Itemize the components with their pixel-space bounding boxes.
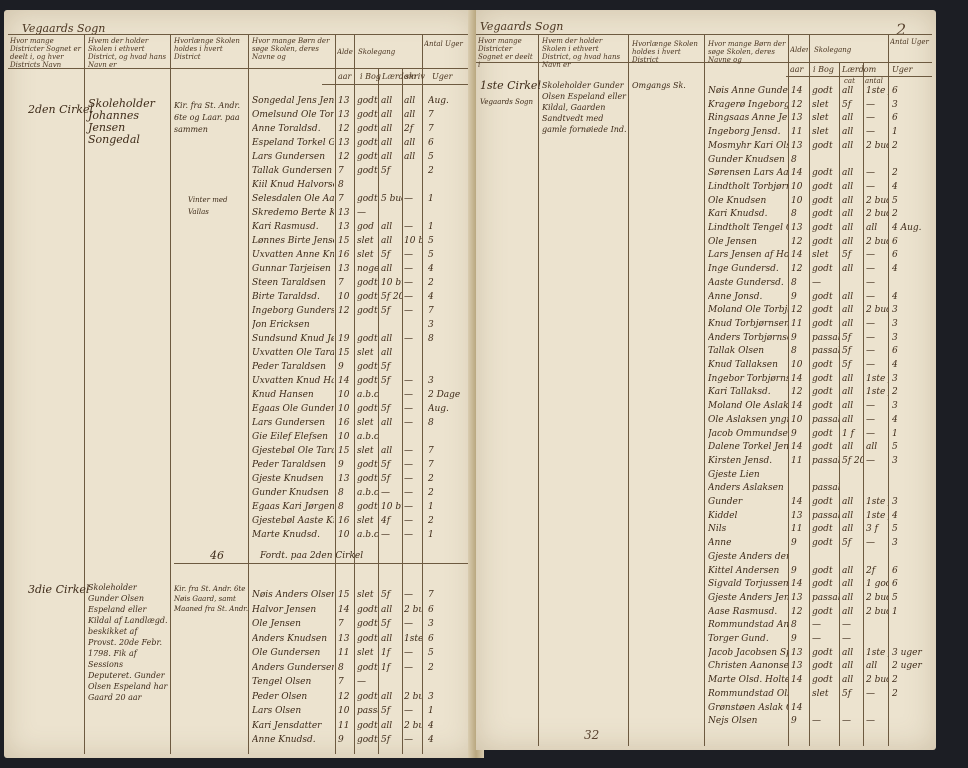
weeks-attended: 4 <box>892 264 932 274</box>
writing-grade: — <box>404 502 422 512</box>
pupil-name: Tallak Gundersen <box>252 166 334 176</box>
pupil-name: Lars Olsen <box>252 706 334 716</box>
pupil-age: 13 <box>338 474 354 484</box>
table-row: Mosmyhr Kari Olsd.13godtall2 bud2 <box>476 141 946 155</box>
pupil-age: 12 <box>791 264 809 274</box>
subheader-age: aar <box>790 65 803 74</box>
reading-grade: godt <box>357 278 378 288</box>
subheader-age: aar <box>338 72 351 81</box>
learning-grade: 5f <box>842 360 863 370</box>
table-row: Torger Gund.9—— <box>476 634 946 648</box>
reading-grade: godt <box>357 502 378 512</box>
pupil-age: 12 <box>791 387 809 397</box>
pupil-name: Nøis Anne Gundersd. <box>708 86 788 96</box>
pupil-name: Kiddel <box>708 511 788 521</box>
learning-grade: all <box>381 264 402 274</box>
weeks-attended: 6 <box>892 237 932 247</box>
weeks-attended: 3 <box>892 538 932 548</box>
writing-grade: — <box>866 182 888 192</box>
pupil-age: 14 <box>791 675 809 685</box>
writing-grade: all <box>404 152 422 162</box>
reading-grade: godt <box>812 360 839 370</box>
table-row: Anders Aslaksenpassabel <box>476 483 946 497</box>
pupil-name: Marte Knudsd. <box>252 530 334 540</box>
table-row: Omelsund Ole Toraldsen13godtallall7 <box>4 110 474 124</box>
pupil-name: Tallak Olsen <box>708 346 788 356</box>
weeks-attended: 4 <box>892 360 932 370</box>
writing-grade: all <box>404 96 422 106</box>
table-row: Lindtholt Tengel Gundersen13godtallall4 … <box>476 223 946 237</box>
weeks-attended: 6 <box>892 86 932 96</box>
reading-grade: slet <box>812 689 839 699</box>
reading-grade: godt <box>812 429 839 439</box>
weeks-attended: 7 <box>428 124 468 134</box>
writing-grade: — <box>404 222 422 232</box>
reading-grade: godt <box>812 497 839 507</box>
weeks-attended: 6 <box>428 138 468 148</box>
weeks-attended: 6 <box>892 566 932 576</box>
pupil-age: 14 <box>791 401 809 411</box>
pupil-name: Kiil Knud Halvorsen <box>252 180 334 190</box>
header-pupils: Hvor mange Børn der søge Skolen, deres N… <box>252 37 334 61</box>
pupil-age: 13 <box>338 138 354 148</box>
reading-grade: slet <box>812 100 839 110</box>
table-row: Lønnes Birte Jensd.15sletall10 bud5 <box>4 236 474 250</box>
header-weeks: Antal Uger <box>424 40 470 48</box>
learning-grade: 5f <box>381 376 402 386</box>
pupil-name: Mosmyhr Kari Olsd. <box>708 141 788 151</box>
table-row: Uxvatten Anne Knudsd.16slet5f—5 <box>4 250 474 264</box>
pupil-name: Anne <box>708 538 788 548</box>
table-row: Lindtholt Torbjørn Olsen10godtall—4 <box>476 182 946 196</box>
table-row: Kiddel13passabelall1ste f4 <box>476 511 946 525</box>
pupil-age: 8 <box>791 209 809 219</box>
table-row: Marte Olsd. Holtenberg14godtall2 bud2 <box>476 675 946 689</box>
weeks-attended: 6 <box>892 113 932 123</box>
weeks-attended: 7 <box>428 590 468 600</box>
table-row: Knud Tallaksen10godt5f—4 <box>476 360 946 374</box>
pupil-age: 9 <box>791 429 809 439</box>
pupil-name: Anders Knudsen <box>252 634 334 644</box>
writing-grade: — <box>404 334 422 344</box>
weeks-attended: 8 <box>428 418 468 428</box>
reading-grade: godt <box>357 404 378 414</box>
weeks-attended: 6 <box>892 579 932 589</box>
pupil-age: 14 <box>791 579 809 589</box>
pupil-age: 8 <box>791 620 809 630</box>
table-row: Kari Knudsd.8godtall2 bud2 <box>476 209 946 223</box>
pupil-age: 14 <box>791 374 809 384</box>
table-row: Egaas Ole Gundersen10godt5f—Aug. <box>4 404 474 418</box>
weeks-attended: 2 <box>892 675 932 685</box>
pupil-name: Birte Taraldsd. <box>252 292 334 302</box>
pupil-name: Kari Tallaksd. <box>708 387 788 397</box>
weeks-attended: 7 <box>428 446 468 456</box>
weeks-attended: 4 <box>428 292 468 302</box>
table-row: Kari Tallaksd.12godtall1ste f2 <box>476 387 946 401</box>
reading-grade: passabel <box>812 511 839 521</box>
table-row: Gjeste Anders Jensen13passabelall2 bud5 <box>476 593 946 607</box>
learning-grade: all <box>842 675 863 685</box>
reading-grade: godt <box>357 474 378 484</box>
weeks-attended: 5 <box>892 196 932 206</box>
left-ledger-page: Vegaards Sogn Hvor mange Districter Sogn… <box>4 10 476 758</box>
pupil-name: Selesdalen Ole Aanonsen <box>252 194 334 204</box>
pupil-name: Christen Aanonsen Strand <box>708 661 788 671</box>
learning-grade: all <box>842 524 863 534</box>
writing-grade: all <box>404 110 422 120</box>
learning-grade: all <box>842 661 863 671</box>
weeks-attended: 6 <box>428 605 468 615</box>
pupil-age: 19 <box>338 334 354 344</box>
pupil-name: Torger Gund. <box>708 634 788 644</box>
pupil-name: Moland Ole Aslaksen <box>708 401 788 411</box>
reading-grade: godt <box>812 579 839 589</box>
reading-grade: godt <box>357 721 378 731</box>
reading-grade: passabel <box>812 483 839 493</box>
pupil-age: 13 <box>791 113 809 123</box>
reading-grade: slet <box>812 113 839 123</box>
reading-grade: slet <box>357 446 378 456</box>
learning-grade: 5f <box>842 100 863 110</box>
reading-grade: godt <box>812 264 839 274</box>
learning-grade: 5f <box>842 250 863 260</box>
table-row: Lars Olsen10passabel5f—1 <box>4 706 474 720</box>
pupil-name: Kari Rasmusd. <box>252 222 334 232</box>
reading-grade: slet <box>812 127 839 137</box>
pupil-age: 11 <box>791 319 809 329</box>
writing-grade: — <box>866 278 888 288</box>
learning-grade: all <box>842 237 863 247</box>
pupil-age: 9 <box>791 634 809 644</box>
table-row: Sigvald Torjussen14godtall1 god6 <box>476 579 946 593</box>
pupil-age: 11 <box>791 127 809 137</box>
learning-grade: 5f <box>381 735 402 745</box>
writing-grade: — <box>404 619 422 629</box>
table-row: Anders Torbjørnsen9passabel5f—3 <box>476 333 946 347</box>
pupil-name: Egaas Ole Gundersen <box>252 404 334 414</box>
weeks-attended: 3 <box>892 319 932 329</box>
table-row: Songedal Jens Jensen13godtallallAug. <box>4 96 474 110</box>
pupil-age: 15 <box>338 236 354 246</box>
learning-grade: 5 bud <box>381 194 402 204</box>
pupil-name: Peder Taraldsen <box>252 460 334 470</box>
reading-grade: godt <box>357 194 378 204</box>
table-row: Dalene Torkel Jensen14godtallall5 <box>476 442 946 456</box>
right-page-title: Vegaards Sogn <box>480 20 563 33</box>
weeks-attended: 1 <box>428 194 468 204</box>
reading-grade: godt <box>812 209 839 219</box>
writing-grade: — <box>404 648 422 658</box>
writing-grade: — <box>404 706 422 716</box>
table-row: Ole Knudsen10godtall2 bud5 <box>476 196 946 210</box>
weeks-attended: 2 <box>892 689 932 699</box>
writing-grade: — <box>866 100 888 110</box>
header-top-rule <box>8 34 470 35</box>
weeks-attended: Aug. <box>428 96 468 106</box>
table-row: Peder Taraldsen9godt5f—7 <box>4 460 474 474</box>
folio-number: 32 <box>584 728 599 742</box>
pupil-name: Jon Ericksen <box>252 320 334 330</box>
header-schooling: Skolegang <box>358 48 418 56</box>
learning-grade: all <box>842 127 863 137</box>
table-row: Anne9godt5f—3 <box>476 538 946 552</box>
weeks-attended: 2 <box>428 516 468 526</box>
reading-grade: godt <box>812 305 839 315</box>
weeks-attended: 5 <box>428 250 468 260</box>
pupil-age: 13 <box>791 223 809 233</box>
table-row: Anne Knudsd.9godt5f—4 <box>4 735 474 749</box>
reading-grade: godt <box>357 619 378 629</box>
table-row: Jacob Ommundsen9godt1 f—1 <box>476 429 946 443</box>
writing-grade: — <box>866 689 888 699</box>
table-row: Anne Toraldsd.12godtall2f7 <box>4 124 474 138</box>
learning-grade: all <box>842 442 863 452</box>
weeks-attended: 7 <box>428 460 468 470</box>
weeks-attended: 3 <box>428 619 468 629</box>
pupil-age: 12 <box>338 124 354 134</box>
weeks-attended: 4 <box>428 721 468 731</box>
reading-grade: godt <box>812 292 839 302</box>
weeks-attended: 3 <box>428 376 468 386</box>
writing-grade: — <box>866 168 888 178</box>
reading-grade: nogenlunde <box>357 264 378 274</box>
reading-grade: godt <box>812 168 839 178</box>
learning-grade: all <box>381 605 402 615</box>
pupil-name: Steen Taraldsen <box>252 278 334 288</box>
learning-grade: all <box>842 305 863 315</box>
weeks-attended: 4 <box>892 292 932 302</box>
reading-grade: godt <box>812 648 839 658</box>
reading-grade: godt <box>357 692 378 702</box>
learning-grade: 5f <box>842 346 863 356</box>
transfer-note: Fordt. paa 2den Cirkel <box>260 550 363 562</box>
table-row: Gjeste Lien <box>476 470 946 484</box>
reading-grade: godt <box>357 152 378 162</box>
weeks-attended: 6 <box>428 634 468 644</box>
learning-grade: 5f <box>381 619 402 629</box>
reading-grade: a.b.c <box>357 488 378 498</box>
pupil-name: Ole Gundersen <box>252 648 334 658</box>
weeks-attended: 4 Aug. <box>892 223 932 233</box>
pupil-age: 10 <box>338 390 354 400</box>
weeks-attended: 3 <box>428 692 468 702</box>
reading-grade: — <box>812 278 839 288</box>
writing-grade: all <box>404 138 422 148</box>
weeks-attended: 5 <box>428 648 468 658</box>
learning-grade: all <box>842 401 863 411</box>
learning-grade: all <box>381 222 402 232</box>
learning-grade: all <box>381 138 402 148</box>
learning-grade: 1f <box>381 648 402 658</box>
writing-grade: — <box>404 376 422 386</box>
weeks-attended: 3 <box>428 320 468 330</box>
table-row: Gjestebøl Ole Taraldsen15sletall—7 <box>4 446 474 460</box>
learning-grade: all <box>842 209 863 219</box>
learning-grade: all <box>381 236 402 246</box>
writing-grade: — <box>404 663 422 673</box>
reading-grade: passabel <box>812 333 839 343</box>
learning-grade: all <box>842 168 863 178</box>
weeks-attended: 4 <box>428 735 468 745</box>
pupil-name: Kragerø Ingeborg Olsd. <box>708 100 788 110</box>
pupil-age: 10 <box>791 415 809 425</box>
reading-grade: — <box>357 208 378 218</box>
reading-grade: godt <box>812 182 839 192</box>
pupil-name: Espeland Torkel Gundersen <box>252 138 334 148</box>
pupil-age: 12 <box>791 100 809 110</box>
pupil-age: 15 <box>338 348 354 358</box>
pupil-name: Peder Olsen <box>252 692 334 702</box>
learning-grade: all <box>842 415 863 425</box>
pupil-name: Nils <box>708 524 788 534</box>
pupil-age: 10 <box>791 196 809 206</box>
table-row: Ole Jensen7godt5f—3 <box>4 619 474 633</box>
pupil-age: 12 <box>338 692 354 702</box>
header-duration: Hvorlænge Skolen holdes i hvert District <box>632 40 702 64</box>
table-row: Marte Knudsd.10a.b.c——1 <box>4 530 474 544</box>
pupil-age: 8 <box>791 155 809 165</box>
weeks-attended: 3 <box>892 305 932 315</box>
pupil-age: 9 <box>338 460 354 470</box>
table-row: Knud Hansen10a.b.c—2 Dage <box>4 390 474 404</box>
pupil-name: Gunder <box>708 497 788 507</box>
table-row: Birte Taraldsd.10godt5f 20f—4 <box>4 292 474 306</box>
learning-grade: — <box>842 716 863 726</box>
weeks-attended: 5 <box>428 236 468 246</box>
reading-grade: godt <box>812 237 839 247</box>
pupil-name: Jacob Jacobsen Spreda <box>708 648 788 658</box>
table-row: Rommundstad Olsenslet5f—2 <box>476 689 946 703</box>
header-pupils: Hvor mange Børn der søge Skolen, deres N… <box>708 40 786 64</box>
pupil-name: Gjeste Knudsen <box>252 474 334 484</box>
pupil-name: Aase Rasmusd. <box>708 607 788 617</box>
learning-grade: 5f <box>381 474 402 484</box>
writing-grade: 2 bud <box>866 196 888 206</box>
table-row: Kragerø Ingeborg Olsd.12slet5f—3 <box>476 100 946 114</box>
learning-grade: 5f <box>842 538 863 548</box>
reading-grade: passabel <box>812 456 839 466</box>
learning-grade: — <box>381 488 402 498</box>
table-row: Peder Olsen12godtall2 bud3 <box>4 692 474 706</box>
pupil-name: Gie Eilef Elefsen <box>252 432 334 442</box>
pupil-age: 13 <box>338 222 354 232</box>
reading-grade: godt <box>357 110 378 120</box>
weeks-attended: 2 <box>892 209 932 219</box>
pupil-age: 14 <box>791 250 809 260</box>
table-row: Tengel Olsen7— <box>4 677 474 691</box>
reading-grade: godt <box>812 661 839 671</box>
pupil-name: Ole Aslaksen yngre <box>708 415 788 425</box>
subheader-weeks: Uger <box>892 65 912 74</box>
pupil-age: 14 <box>338 376 354 386</box>
weeks-attended: 3 <box>892 374 932 384</box>
weeks-attended: Aug. <box>428 404 468 414</box>
writing-grade: — <box>866 292 888 302</box>
reading-grade: godt <box>812 387 839 397</box>
weeks-attended: 7 <box>428 110 468 120</box>
weeks-attended: 2 uger <box>892 661 932 671</box>
writing-grade: — <box>866 401 888 411</box>
reading-grade: godt <box>812 566 839 576</box>
table-row: Lars Gundersen12godtallall5 <box>4 152 474 166</box>
learning-grade: 5f <box>842 689 863 699</box>
weeks-attended: 6 <box>892 250 932 260</box>
pupil-age: 9 <box>791 333 809 343</box>
reading-grade: godt <box>357 306 378 316</box>
writing-grade: — <box>404 250 422 260</box>
right-ledger-page: Vegaards Sogn 2 Hvor mange Districter So… <box>476 10 936 750</box>
pupil-name: Anders Gundersen <box>252 663 334 673</box>
writing-grade: — <box>866 113 888 123</box>
weeks-attended: 7 <box>428 306 468 316</box>
weeks-attended: 2 <box>892 168 932 178</box>
learning-grade: 5f <box>381 404 402 414</box>
writing-grade: — <box>866 538 888 548</box>
table-row: Nøis Anne Gundersd.14godtall1ste f6 <box>476 86 946 100</box>
table-row: Kari Rasmusd.13godall—1 <box>4 222 474 236</box>
learning-grade: all <box>842 292 863 302</box>
table-row: Lars Gundersen16sletall—8 <box>4 418 474 432</box>
pupil-name: Ole Knudsen <box>708 196 788 206</box>
learning-grade: all <box>381 334 402 344</box>
writing-grade: 1ste f <box>866 511 888 521</box>
weeks-attended: 5 <box>892 442 932 452</box>
reading-grade: passabel <box>812 346 839 356</box>
weeks-attended: 1 <box>428 502 468 512</box>
reading-grade: — <box>812 620 839 630</box>
table-row: Lars Jensen af Holt14slet5f—6 <box>476 250 946 264</box>
reading-grade: godt <box>357 138 378 148</box>
pupil-age: 14 <box>791 442 809 452</box>
reading-grade: — <box>812 716 839 726</box>
pupil-name: Skredemo Berte Knudsd. <box>252 208 334 218</box>
weeks-attended: 5 <box>428 152 468 162</box>
writing-grade: 1ste f <box>866 86 888 96</box>
header-districts: Hvor mange Districter Sognet er deelt i <box>478 37 536 69</box>
pupil-age: 13 <box>791 661 809 671</box>
reading-grade: slet <box>357 590 378 600</box>
subheader-learn-cat: cat <box>844 77 855 85</box>
learning-grade: all <box>842 566 863 576</box>
pupil-name: Gjeste Lien <box>708 470 788 480</box>
learning-grade: all <box>842 86 863 96</box>
table-row: Egaas Kari Jørgensd.8godt10 bud—1 <box>4 502 474 516</box>
reading-grade: passabel <box>812 593 839 603</box>
writing-grade: 1ste f <box>866 387 888 397</box>
pupil-age: 8 <box>338 488 354 498</box>
learning-grade: all <box>842 264 863 274</box>
pupil-age: 7 <box>338 619 354 629</box>
pupil-age: 13 <box>338 110 354 120</box>
pupil-name: Kari Knudsd. <box>708 209 788 219</box>
writing-grade: — <box>866 360 888 370</box>
pupil-name: Peder Taraldsen <box>252 362 334 372</box>
pupil-age: 14 <box>791 168 809 178</box>
pupil-age: 7 <box>338 194 354 204</box>
learning-grade: all <box>842 387 863 397</box>
pupil-name: Gjestebøl Ole Taraldsen <box>252 446 334 456</box>
weeks-attended: 1 <box>892 429 932 439</box>
reading-grade: godt <box>812 675 839 685</box>
reading-grade: passabel <box>357 706 378 716</box>
learning-grade: all <box>842 648 863 658</box>
pupil-age: 7 <box>338 278 354 288</box>
learning-grade: 5f 20f <box>381 292 402 302</box>
pupil-age: 11 <box>791 524 809 534</box>
writing-grade: 1 god <box>866 579 888 589</box>
pupil-name: Kirsten Jensd. <box>708 456 788 466</box>
